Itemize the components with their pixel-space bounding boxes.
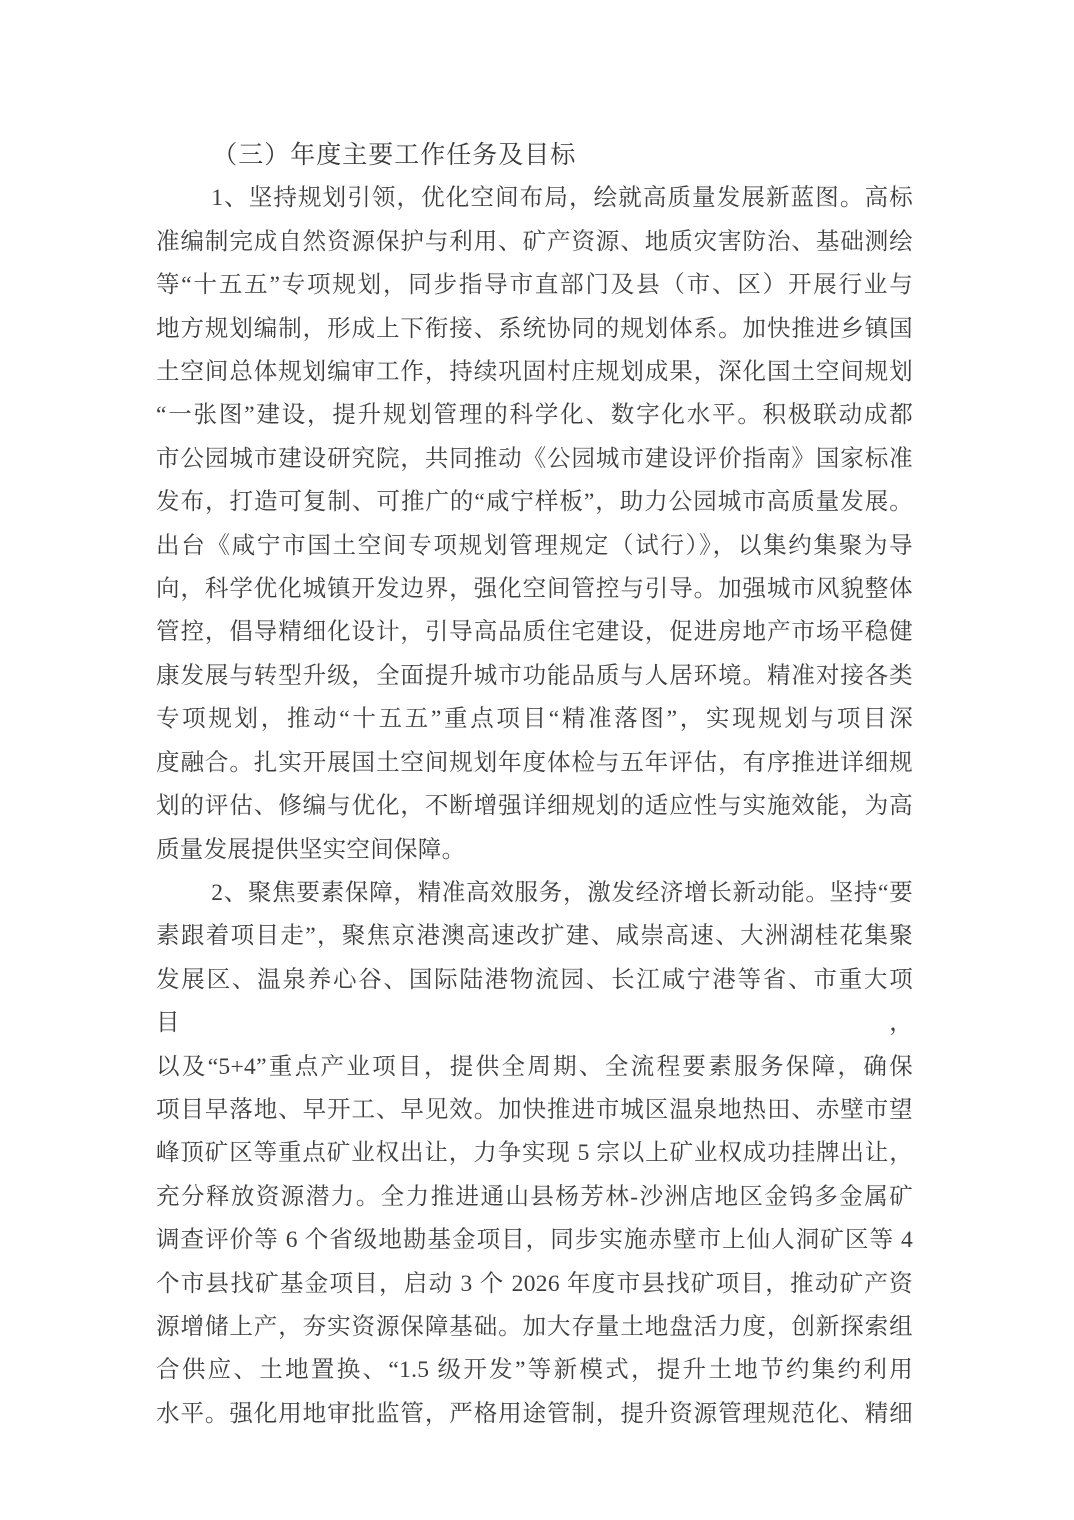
text-line: 峰顶矿区等重点矿业权出让，力争实现 5 宗以上矿业权成功挂牌出让，: [156, 1132, 913, 1175]
text-line: 等“十五五”专项规划，同步指导市直部门及县（市、区）开展行业与: [156, 264, 913, 307]
document-page: （三）年度主要工作任务及目标 1、坚持规划引领，优化空间布局，绘就高质量发展新蓝…: [0, 0, 1074, 1520]
text-line: 市公园城市建设研究院，共同推动《公园城市建设评价指南》国家标准: [156, 438, 913, 481]
text-line: 调查评价等 6 个省级地勘基金项目，同步实施赤壁市上仙人洞矿区等 4: [156, 1219, 913, 1262]
text-line: 向，科学优化城镇开发边界，强化空间管控与引导。加强城市风貌整体: [156, 568, 913, 611]
text-line: 项目早落地、早开工、早见效。加快推进市城区温泉地热田、赤壁市望: [156, 1089, 913, 1132]
section-heading: （三）年度主要工作任务及目标: [156, 134, 913, 177]
text-line: 地方规划编制，形成上下衔接、系统协同的规划体系。加快推进乡镇国: [156, 308, 913, 351]
text-line: 2、聚焦要素保障，精准高效服务，激发经济增长新动能。坚持“要: [156, 872, 913, 915]
text-line: 充分释放资源潜力。全力推进通山县杨芳林-沙洲店地区金钨多金属矿: [156, 1176, 913, 1219]
text-line: 专项规划，推动“十五五”重点项目“精准落图”，实现规划与项目深: [156, 698, 913, 741]
text-line: 出台《咸宁市国土空间专项规划管理规定（试行）》，以集约集聚为导: [156, 525, 913, 568]
text-line: 以及“5+4”重点产业项目，提供全周期、全流程要素服务保障，确保: [156, 1046, 913, 1089]
text-line: 水平。强化用地审批监管，严格用途管制，提升资源管理规范化、精细: [156, 1393, 913, 1436]
text-line: 发布，打造可复制、可推广的“咸宁样板”，助力公园城市高质量发展。: [156, 481, 913, 524]
text-line: 1、坚持规划引领，优化空间布局，绘就高质量发展新蓝图。高标: [156, 177, 913, 220]
text-line: 质量发展提供坚实空间保障。: [156, 829, 913, 872]
text-line: 个市县找矿基金项目，启动 3 个 2026 年度市县找矿项目，推动矿产资: [156, 1263, 913, 1306]
text-line: 康发展与转型升级，全面提升城市功能品质与人居环境。精准对接各类: [156, 655, 913, 698]
text-line: 素跟着项目走”，聚焦京港澳高速改扩建、咸崇高速、大洲湖桂花集聚: [156, 915, 913, 958]
text-line: 划的评估、修编与优化，不断增强详细规划的适应性与实施效能，为高: [156, 785, 913, 828]
text-line: 度融合。扎实开展国土空间规划年度体检与五年评估，有序推进详细规: [156, 742, 913, 785]
text-line: 源增储上产，夯实资源保障基础。加大存量土地盘活力度，创新探索组: [156, 1306, 913, 1349]
text-line: 准编制完成自然资源保护与利用、矿产资源、地质灾害防治、基础测绘: [156, 221, 913, 264]
text-column: （三）年度主要工作任务及目标 1、坚持规划引领，优化空间布局，绘就高质量发展新蓝…: [156, 134, 913, 1436]
text-line: 土空间总体规划编审工作，持续巩固村庄规划成果，深化国土空间规划: [156, 351, 913, 394]
text-line: 发展区、温泉养心谷、国际陆港物流园、长江咸宁港等省、市重大项目，: [156, 959, 913, 1046]
text-line: “一张图”建设，提升规划管理的科学化、数字化水平。积极联动成都: [156, 394, 913, 437]
text-line: 合供应、土地置换、“1.5 级开发”等新模式，提升土地节约集约利用: [156, 1349, 913, 1392]
text-line: 管控，倡导精细化设计，引导高品质住宅建设，促进房地产市场平稳健: [156, 611, 913, 654]
